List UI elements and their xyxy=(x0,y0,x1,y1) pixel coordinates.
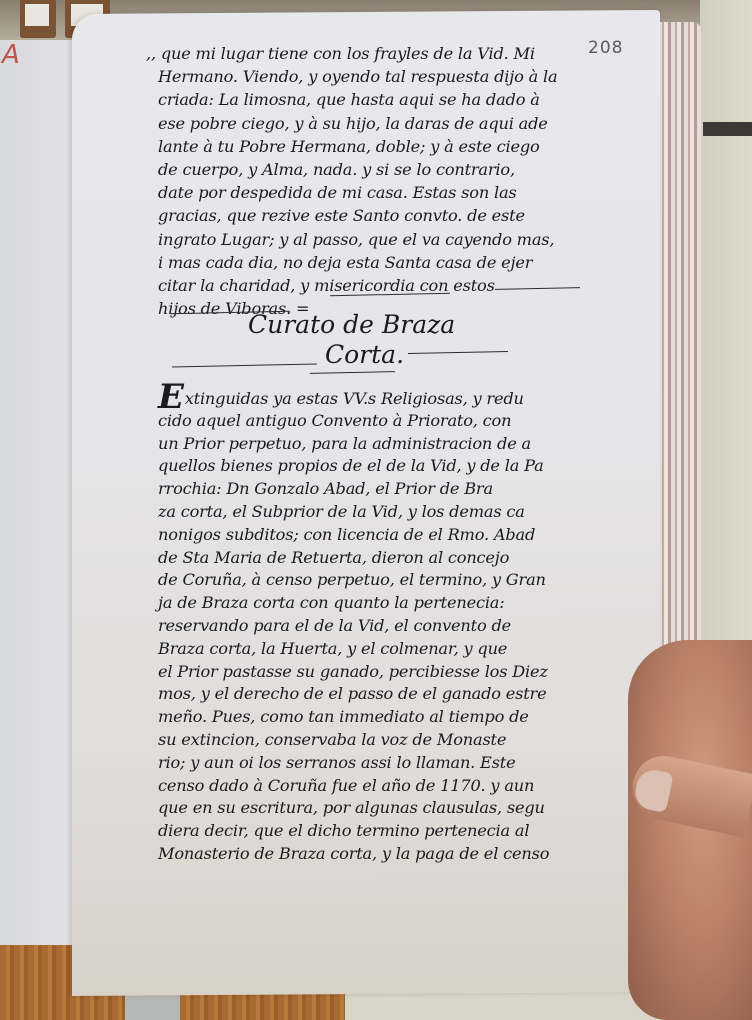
text-line: Extinguidas ya estas VV.s Religiosas, y … xyxy=(158,388,658,411)
text-line-rest: xtinguidas ya estas VV.s Religiosas, y r… xyxy=(185,389,524,408)
left-facing-page xyxy=(0,40,76,945)
text-line: de Sta Maria de Retuerta, dieron al conc… xyxy=(158,548,658,571)
text-line: mos, y el derecho de el passo de el gana… xyxy=(158,684,658,707)
text-line: Hermano. Viendo, y oyendo tal respuesta … xyxy=(158,67,658,90)
text-line: citar la charidad, y misericordia con es… xyxy=(158,276,658,299)
text-line: i mas cada dia, no deja esta Santa casa … xyxy=(158,253,658,276)
body-paragraph: Extinguidas ya estas VV.s Religiosas, y … xyxy=(158,388,658,867)
text-line: diera decir, que el dicho termino perten… xyxy=(158,821,658,844)
text-line: rio; y aun oi los serranos assi lo llama… xyxy=(158,753,658,776)
page-edges xyxy=(655,22,701,662)
text-line: meño. Pues, como tan immediato al tiempo… xyxy=(158,707,658,730)
text-line: su extincion, conservaba la voz de Monas… xyxy=(158,730,658,753)
text-line: ese pobre ciego, y à su hijo, la daras d… xyxy=(158,114,658,137)
text-line: gracias, que rezive este Santo convto. d… xyxy=(158,206,658,229)
text-line: quellos bienes propios de el de la Vid, … xyxy=(158,456,658,479)
text-line: za corta, el Subprior de la Vid, y los d… xyxy=(158,502,658,525)
text-line: el Prior pastasse su ganado, percibiesse… xyxy=(158,662,658,685)
text-line: nonigos subditos; con licencia de el Rmo… xyxy=(158,525,658,548)
text-line: date por despedida de mi casa. Estas son… xyxy=(158,183,658,206)
text-line: cido aquel antiguo Convento à Priorato, … xyxy=(158,411,658,434)
text-line: ingrato Lugar; y al passo, que el va cay… xyxy=(158,230,658,253)
text-line: criada: La limosna, que hasta aqui se ha… xyxy=(158,90,658,113)
text-line: censo dado à Coruña fue el año de 1170. … xyxy=(158,776,658,799)
section-heading-line1: Curato de Braza xyxy=(248,310,455,339)
text-line: Braza corta, la Huerta, y el colmenar, y… xyxy=(158,639,658,662)
top-paragraph: ,, que mi lugar tiene con los frayles de… xyxy=(158,44,658,322)
text-line: reservando para el de la Vid, el convent… xyxy=(158,616,658,639)
section-heading-line2: Corta. xyxy=(325,340,404,369)
text-line: de cuerpo, y Alma, nada. y si se lo cont… xyxy=(158,160,658,183)
background-drawer xyxy=(20,0,56,38)
margin-mark: A xyxy=(2,40,20,70)
text-line: ja de Braza corta con quanto la pertenec… xyxy=(158,593,658,616)
text-line: de Coruña, à censo perpetuo, el termino,… xyxy=(158,570,658,593)
text-line: ,, que mi lugar tiene con los frayles de… xyxy=(146,44,658,67)
text-line: un Prior perpetuo, para la administracio… xyxy=(158,434,658,457)
text-line: Monasterio de Braza corta, y la paga de … xyxy=(158,844,658,867)
background-rail xyxy=(703,122,752,136)
text-line: lante à tu Pobre Hermana, doble; y à est… xyxy=(158,137,658,160)
text-line: rrochia: Dn Gonzalo Abad, el Prior de Br… xyxy=(158,479,658,502)
text-line: que en su escritura, por algunas clausul… xyxy=(158,798,658,821)
